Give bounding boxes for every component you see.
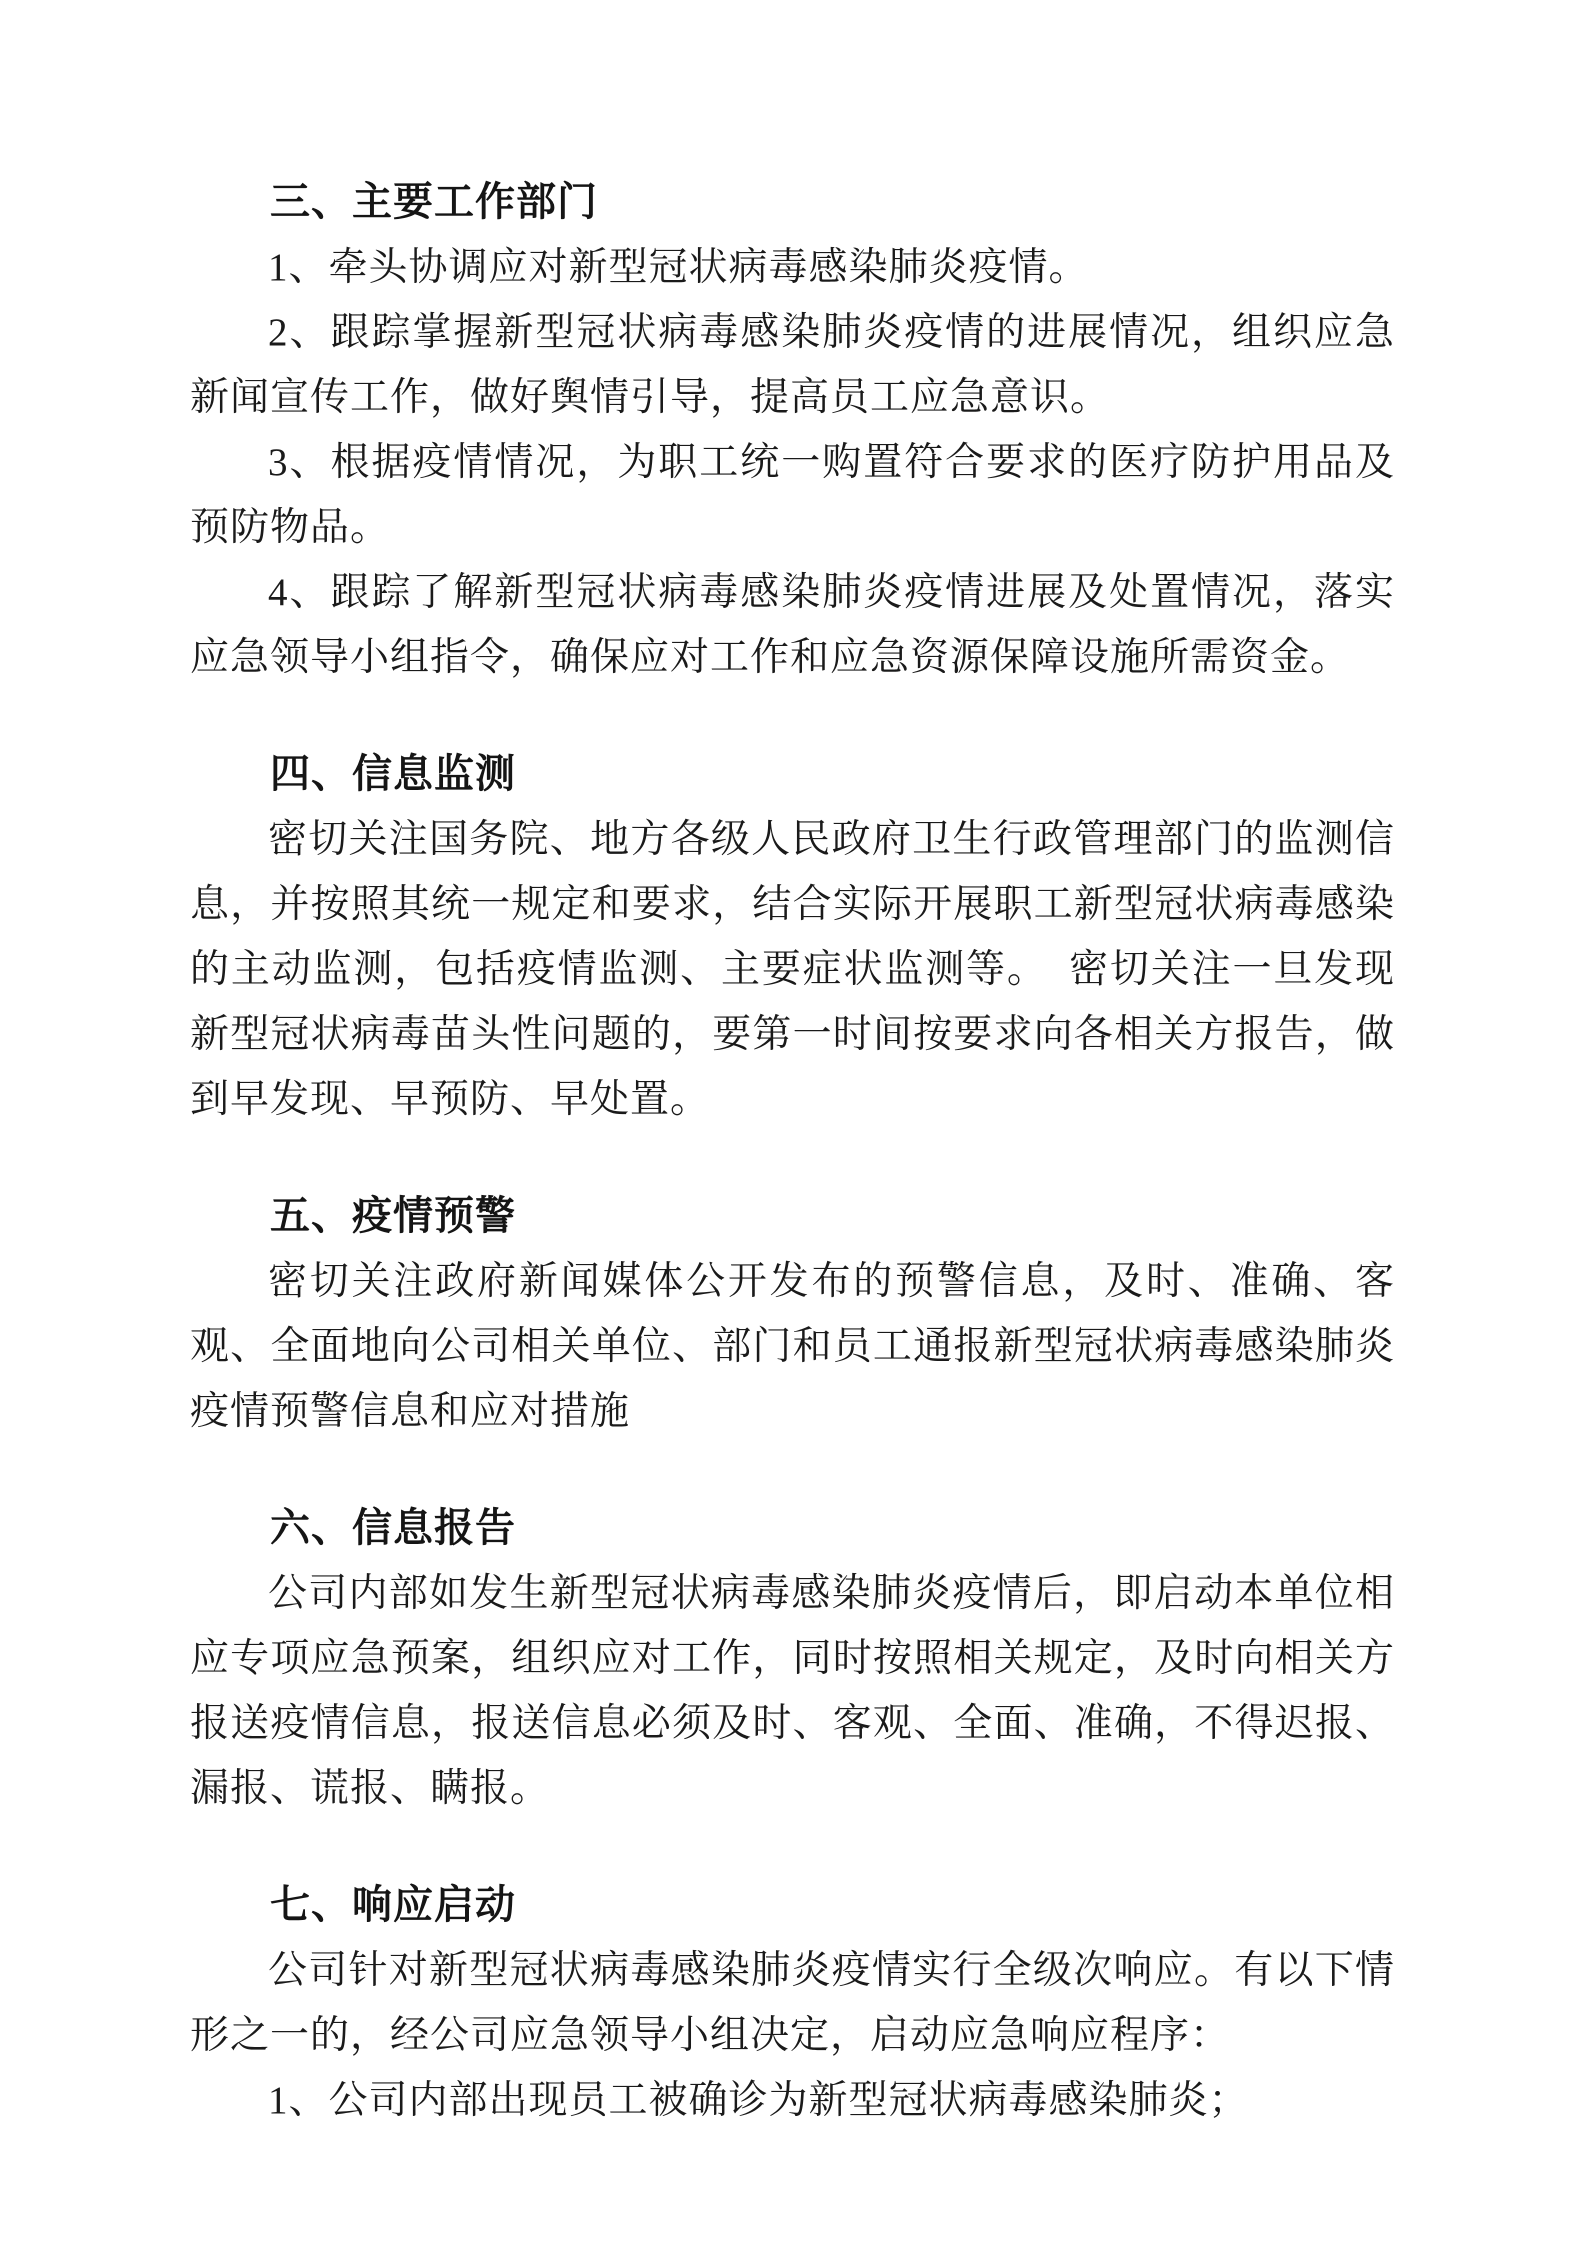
paragraph: 3、根据疫情情况，为职工统一购置符合要求的医疗防护用品及预防物品。 (190, 430, 1395, 560)
section-heading: 五、疫情预警 (190, 1184, 1395, 1249)
section-response-activation: 七、响应启动 公司针对新型冠状病毒感染肺炎疫情实行全级次响应。有以下情形之一的，… (190, 1873, 1395, 2133)
document-page: 三、主要工作部门 1、牵头协调应对新型冠状病毒感染肺炎疫情。 2、跟踪掌握新型冠… (0, 0, 1587, 2245)
paragraph: 公司针对新型冠状病毒感染肺炎疫情实行全级次响应。有以下情形之一的，经公司应急领导… (190, 1938, 1395, 2068)
paragraph: 密切关注政府新闻媒体公开发布的预警信息，及时、准确、客观、全面地向公司相关单位、… (190, 1249, 1395, 1444)
paragraph: 1、牵头协调应对新型冠状病毒感染肺炎疫情。 (190, 235, 1395, 300)
section-main-work-departments: 三、主要工作部门 1、牵头协调应对新型冠状病毒感染肺炎疫情。 2、跟踪掌握新型冠… (190, 170, 1395, 690)
section-information-monitoring: 四、信息监测 密切关注国务院、地方各级人民政府卫生行政管理部门的监测信息，并按照… (190, 742, 1395, 1132)
section-information-reporting: 六、信息报告 公司内部如发生新型冠状病毒感染肺炎疫情后，即启动本单位相应专项应急… (190, 1496, 1395, 1821)
paragraph: 1、公司内部出现员工被确诊为新型冠状病毒感染肺炎； (190, 2068, 1395, 2133)
paragraph: 2、跟踪掌握新型冠状病毒感染肺炎疫情的进展情况，组织应急新闻宣传工作，做好舆情引… (190, 300, 1395, 430)
paragraph: 密切关注国务院、地方各级人民政府卫生行政管理部门的监测信息，并按照其统一规定和要… (190, 807, 1395, 1132)
paragraph: 4、跟踪了解新型冠状病毒感染肺炎疫情进展及处置情况，落实应急领导小组指令，确保应… (190, 560, 1395, 690)
section-heading: 三、主要工作部门 (190, 170, 1395, 235)
section-heading: 六、信息报告 (190, 1496, 1395, 1561)
section-heading: 七、响应启动 (190, 1873, 1395, 1938)
paragraph: 公司内部如发生新型冠状病毒感染肺炎疫情后，即启动本单位相应专项应急预案，组织应对… (190, 1561, 1395, 1821)
section-heading: 四、信息监测 (190, 742, 1395, 807)
section-epidemic-warning: 五、疫情预警 密切关注政府新闻媒体公开发布的预警信息，及时、准确、客观、全面地向… (190, 1184, 1395, 1444)
